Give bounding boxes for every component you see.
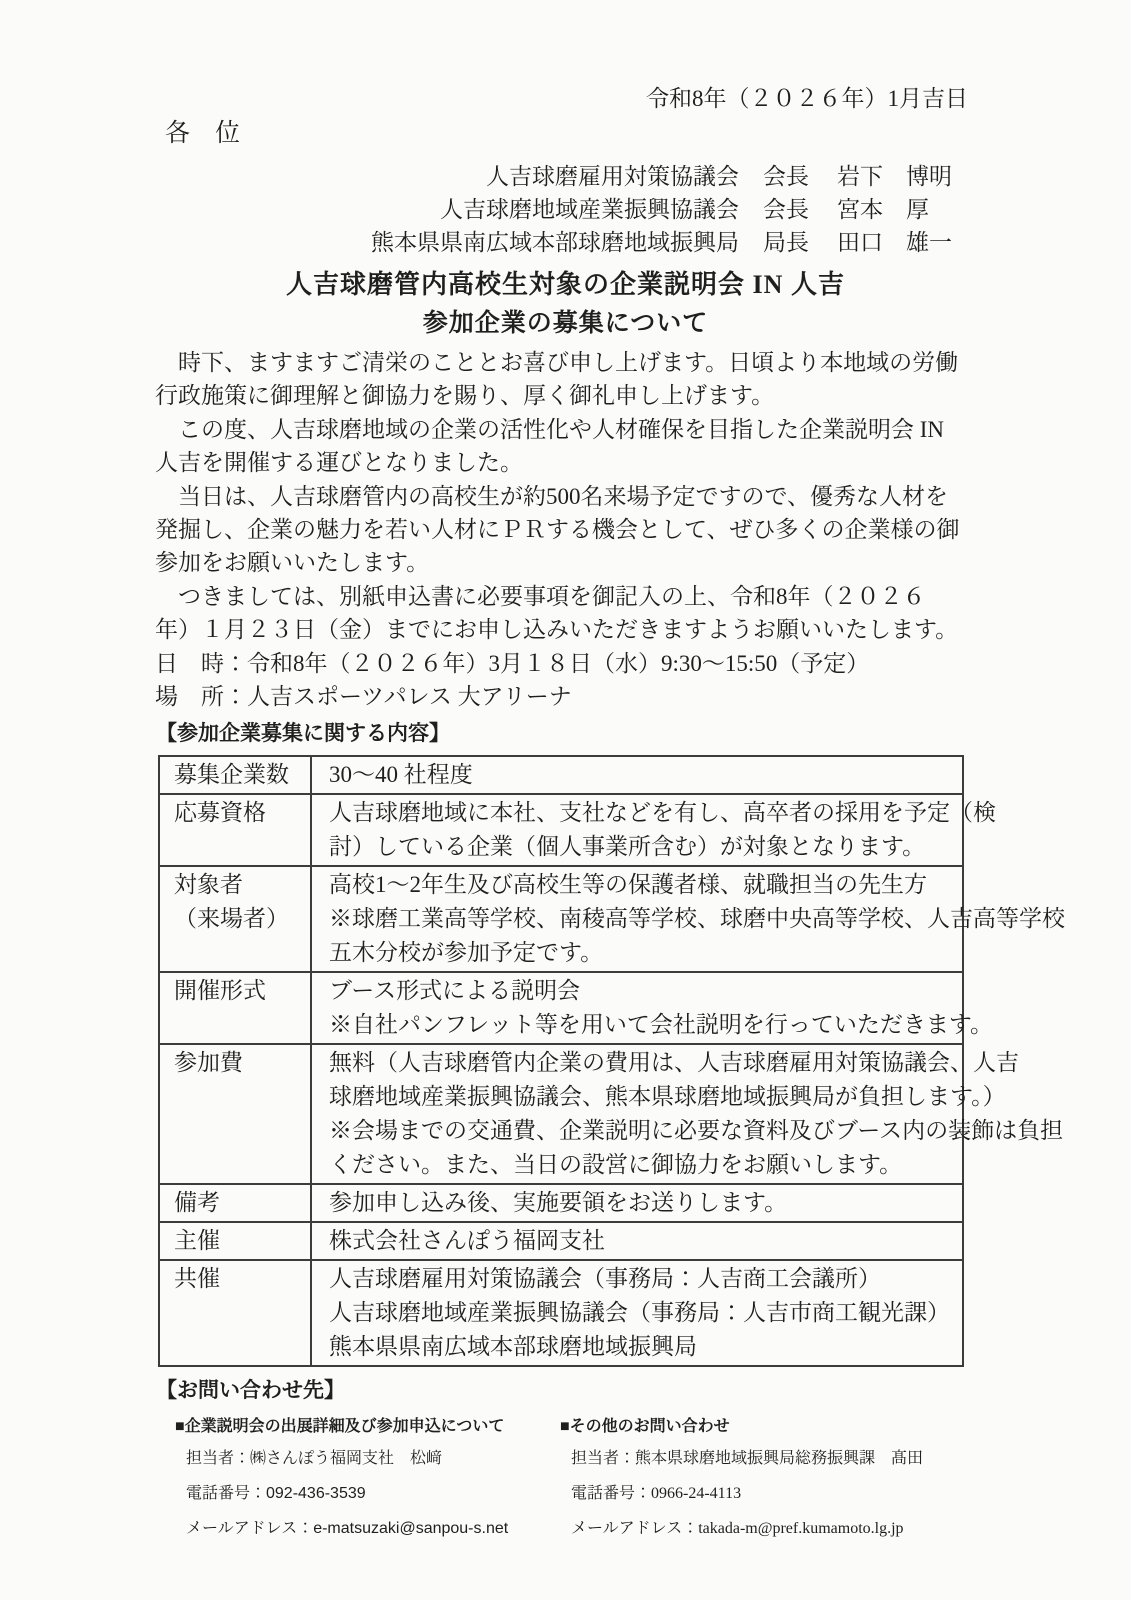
row-content-line: 熊本県県南広域本部球磨地域振興局 [312,1330,962,1364]
sender-organization: 熊本県県南広域本部球磨地域振興局 [371,226,739,259]
table-row-cosponsor: 共催 人吉球磨雇用対策協議会（事務局：人吉商工会議所） 人吉球磨地域産業振興協議… [159,1260,963,1366]
body-line: 参加をお願いいたします。 [155,546,1131,579]
row-label: 主催 [159,1222,311,1260]
table-row-notes: 備考 参加申し込み後、実施要領をお送りします。 [159,1184,963,1222]
row-label-line: 開催形式 [160,974,310,1008]
sender-block: 人吉球磨雇用対策協議会 会長 岩下 博明 人吉球磨地域産業振興協議会 会長 宮本… [371,160,959,259]
row-label-line: 共催 [160,1262,310,1296]
row-content-line: 人吉球磨地域に本社、支社などを有し、高卒者の採用を予定（検 [312,796,962,830]
addressee: 各 位 [165,117,1131,151]
sender-name: 田口 雄一 [837,226,959,259]
contact-title: ■その他のお問い合わせ [560,1413,1000,1441]
row-content: 人吉球磨雇用対策協議会（事務局：人吉商工会議所） 人吉球磨地域産業振興協議会（事… [311,1260,963,1366]
contact-email: メールアドレス：e-matsuzaki@sanpou-s.net [175,1511,560,1546]
body-line: 行政施策に御理解と御協力を賜り、厚く御礼申し上げます。 [155,379,1131,412]
contact-phone: 電話番号：092-436-3539 [175,1476,560,1511]
contact-columns: ■企業説明会の出展詳細及び参加申込について 担当者：㈱さんぽう福岡支社 松﨑 電… [0,1413,1131,1546]
contact-column-exhibit: ■企業説明会の出展詳細及び参加申込について 担当者：㈱さんぽう福岡支社 松﨑 電… [175,1413,560,1546]
row-content-line: 高校1～2年生及び高校生等の保護者様、就職担当の先生方 [312,868,962,902]
row-label: 応募資格 [159,794,311,866]
sender-role: 局長 [763,226,813,259]
table-row-eligibility: 応募資格 人吉球磨地域に本社、支社などを有し、高卒者の採用を予定（検 討）してい… [159,794,963,866]
contact-email: メールアドレス：takada-m@pref.kumamoto.lg.jp [560,1511,1000,1546]
row-content-line: 参加申し込み後、実施要領をお送りします。 [312,1186,962,1220]
body-line: 当日は、人吉球磨管内の高校生が約500名来場予定ですので、優秀な人材を [155,480,1131,513]
row-label: 募集企業数 [159,756,311,794]
row-content: 株式会社さんぽう福岡支社 [311,1222,963,1260]
sender-organization: 人吉球磨雇用対策協議会 [371,160,739,193]
letter-body: 時下、ますますご清栄のこととお喜び申し上げます。日頃より本地域の労働 行政施策に… [155,346,1131,713]
recruitment-info-table: 募集企業数 30～40 社程度 応募資格 人吉球磨地域に本社、支社などを有し、高… [158,755,964,1367]
event-venue: 場 所：人吉スポーツパレス 大アリーナ [155,680,1131,713]
document-title-line-2: 参加企業の募集について [0,305,1131,343]
row-label-line: 募集企業数 [160,758,310,792]
row-label: 対象者 （来場者） [159,866,311,972]
row-label-line: 対象者 [160,868,310,902]
contact-section-heading: 【お問い合わせ先】 [156,1375,1131,1405]
body-line: 発掘し、企業の魅力を若い人材にＰＲする機会として、ぜひ多くの企業様の御 [155,513,1131,546]
row-content-line: 30～40 社程度 [312,758,962,792]
scanned-letter-page: 令和8年（２０２６年）1月吉日 各 位 人吉球磨雇用対策協議会 会長 岩下 博明… [0,0,1131,1600]
sender-name: 宮本 厚 [837,193,959,226]
contact-column-other: ■その他のお問い合わせ 担当者：熊本県球磨地域振興局総務振興課 髙田 電話番号：… [560,1413,1000,1546]
issue-date: 令和8年（２０２６年）1月吉日 [0,84,1131,114]
sender-organization: 人吉球磨地域産業振興協議会 [371,193,739,226]
contact-title: ■企業説明会の出展詳細及び参加申込について [175,1413,560,1441]
row-content-line: ※会場までの交通費、企業説明に必要な資料及びブース内の装飾は負担 [312,1114,962,1148]
body-line: この度、人吉球磨地域の企業の活性化や人材確保を目指した企業説明会 IN [155,413,1131,446]
row-label: 備考 [159,1184,311,1222]
row-label-line: 主催 [160,1224,310,1258]
row-label-line: （来場者） [160,902,310,936]
row-content-line: ※自社パンフレット等を用いて会社説明を行っていただきます。 [312,1008,962,1042]
row-label: 共催 [159,1260,311,1366]
document-title-line-1: 人吉球磨管内高校生対象の企業説明会 IN 人吉 [0,264,1131,305]
sender-role: 会長 [763,160,813,193]
row-content-line: 討）している企業（個人事業所含む）が対象となります。 [312,830,962,864]
row-content-line: ください。また、当日の設営に御協力をお願いします。 [312,1148,962,1182]
table-row-format: 開催形式 ブース形式による説明会 ※自社パンフレット等を用いて会社説明を行ってい… [159,972,963,1044]
row-content-line: 人吉球磨地域産業振興協議会（事務局：人吉市商工観光課） [312,1296,962,1330]
contact-phone: 電話番号：0966-24-4113 [560,1476,1000,1511]
sender-role: 会長 [763,193,813,226]
row-content-line: 人吉球磨雇用対策協議会（事務局：人吉商工会議所） [312,1262,962,1296]
contact-person: 担当者：熊本県球磨地域振興局総務振興課 髙田 [560,1441,1000,1476]
body-line: 人吉を開催する運びとなりました。 [155,446,1131,479]
row-content: ブース形式による説明会 ※自社パンフレット等を用いて会社説明を行っていただきます… [311,972,963,1044]
row-content: 人吉球磨地域に本社、支社などを有し、高卒者の採用を予定（検 討）している企業（個… [311,794,963,866]
row-label: 開催形式 [159,972,311,1044]
table-section-heading: 【参加企業募集に関する内容】 [156,718,1131,748]
row-content-line: 株式会社さんぽう福岡支社 [312,1224,962,1258]
row-content-line: 無料（人吉球磨管内企業の費用は、人吉球磨雇用対策協議会、人吉 [312,1046,962,1080]
row-content: 無料（人吉球磨管内企業の費用は、人吉球磨雇用対策協議会、人吉 球磨地域産業振興協… [311,1044,963,1184]
body-line: 年）１月２３日（金）までにお申し込みいただきますようお願いいたします。 [155,613,1131,646]
row-label: 参加費 [159,1044,311,1184]
row-content-line: ※球磨工業高等学校、南稜高等学校、球磨中央高等学校、人吉高等学校 [312,902,962,936]
row-content: 30～40 社程度 [311,756,963,794]
table-row-organizer: 主催 株式会社さんぽう福岡支社 [159,1222,963,1260]
table-row-company-count: 募集企業数 30～40 社程度 [159,756,963,794]
row-label-line: 参加費 [160,1046,310,1080]
body-line: 時下、ますますご清栄のこととお喜び申し上げます。日頃より本地域の労働 [155,346,1131,379]
row-content: 高校1～2年生及び高校生等の保護者様、就職担当の先生方 ※球磨工業高等学校、南稜… [311,866,963,972]
row-content-line: 五木分校が参加予定です。 [312,936,962,970]
row-content-line: ブース形式による説明会 [312,974,962,1008]
table-row-audience: 対象者 （来場者） 高校1～2年生及び高校生等の保護者様、就職担当の先生方 ※球… [159,866,963,972]
contact-person: 担当者：㈱さんぽう福岡支社 松﨑 [175,1441,560,1476]
row-label-line: 応募資格 [160,796,310,830]
table-row-fee: 参加費 無料（人吉球磨管内企業の費用は、人吉球磨雇用対策協議会、人吉 球磨地域産… [159,1044,963,1184]
body-line: つきましては、別紙申込書に必要事項を御記入の上、令和8年（２０２６ [155,580,1131,613]
row-content: 参加申し込み後、実施要領をお送りします。 [311,1184,963,1222]
row-content-line: 球磨地域産業振興協議会、熊本県球磨地域振興局が負担します。） [312,1080,962,1114]
event-datetime: 日 時：令和8年（２０２６年）3月１８日（水）9:30～15:50（予定） [155,647,1131,680]
sender-name: 岩下 博明 [837,160,959,193]
row-label-line: 備考 [160,1186,310,1220]
